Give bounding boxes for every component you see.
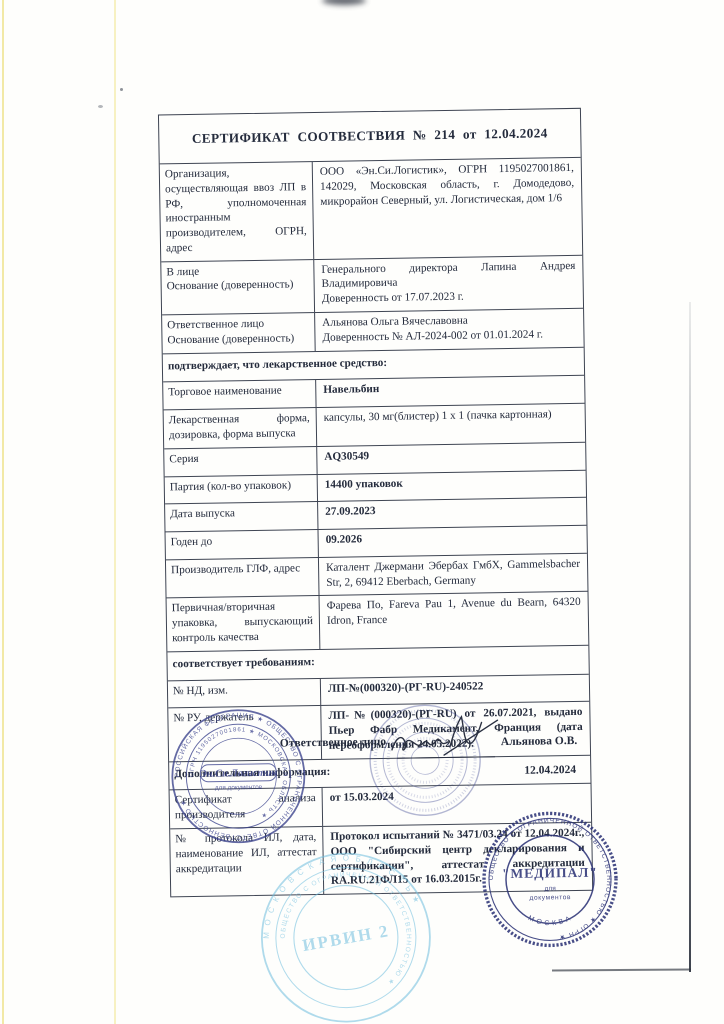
row-value: AQ30549 <box>317 443 585 474</box>
row-label: Лекарственная форма, дозировка, форма вы… <box>164 408 318 448</box>
row-value: ООО «Эн.Си.Логистик», ОГРН 1195027001861… <box>313 158 582 259</box>
table-row-in-person: В лице Основание (доверенность) Генераль… <box>161 254 583 314</box>
certificate-document: СЕРТИФИКАТ СООТВЕСТВИЯ № 214 от 12.04.20… <box>150 94 625 1024</box>
row-label: Партия (кол-во упаковок) <box>165 474 318 503</box>
row-value: Каталент Джермани Эбербах ГмбХ, Gammelsb… <box>319 554 588 596</box>
table-row-manufacturer: Производитель ГЛФ, адрес Каталент Джерма… <box>166 553 588 598</box>
scan-smudge-top <box>322 0 366 5</box>
scan-yellow-line-inner <box>114 0 116 1024</box>
table-row-organization: Организация, осуществляющая ввоз ЛП в РФ… <box>160 157 582 261</box>
row-label: Организация, осуществляющая ввоз ЛП в РФ… <box>160 162 314 261</box>
row-label: Первичная/вторичная упаковка, выпускающи… <box>167 596 321 651</box>
stamp-sub-text: для <box>544 885 556 892</box>
table-row-packaging: Первичная/вторичная упаковка, выпускающи… <box>167 591 589 651</box>
stamp-sub-text: для документов <box>215 784 263 792</box>
scanned-certificate-page: { "title": "СЕРТИФИКАТ СООТВЕСТВИЯ № 214… <box>0 0 724 1024</box>
row-value: 27.09.2023 <box>318 498 586 529</box>
paper-edge-right <box>689 302 691 972</box>
row-value: Навельбин <box>316 376 584 407</box>
scan-speck <box>120 88 123 91</box>
responsible-person-name: Альянова О.В. <box>501 735 578 748</box>
row-label: Торговое наименование <box>163 380 316 409</box>
row-value: 14400 упаковок <box>318 470 586 501</box>
row-value: 09.2026 <box>318 526 586 557</box>
medipal-stamp: ОБЩЕСТВО С ОГРАНИЧЕННОЙ ОТВЕТСТВЕННОСТЬЮ… <box>477 806 623 952</box>
responsible-person-label: Ответственное лицо <box>280 736 386 750</box>
table-row-responsible: Ответственное лицо Основание (довереннос… <box>162 308 584 353</box>
certificate-title: СЕРТИФИКАТ СООТВЕСТВИЯ № 214 от 12.04.20… <box>159 109 581 164</box>
row-value: Альянова Ольга Вячеславовна Доверенность… <box>315 309 584 351</box>
stamp-center-text: ИРВИН 2 <box>301 921 391 955</box>
row-label: Серия <box>164 447 317 476</box>
stamp-sub-text: документов <box>529 894 571 902</box>
row-value: капсулы, 30 мг(блистер) 1 х 1 (пачка кар… <box>317 404 586 446</box>
stamp-center-text: Эн.Си.Логистик <box>200 768 278 780</box>
scan-speck <box>98 105 103 108</box>
nc-logistic-stamp: РОССИЙСКАЯ ФЕДЕРАЦИЯ ★ ОБЩЕСТВО С ОГРАНИ… <box>165 703 311 849</box>
irvin-stamp: М О С К О В С К А Я О Б Л А С Т Ь ★ ОБЩЕ… <box>256 847 437 1024</box>
row-label: Дата выпуска <box>165 502 318 531</box>
scan-yellow-line-left <box>2 0 4 1024</box>
row-label: Годен до <box>166 530 319 559</box>
table-row-dosage-form: Лекарственная форма, дозировка, форма вы… <box>164 403 586 448</box>
signature-date: 12.04.2024 <box>524 764 576 777</box>
row-value: Фарева По, Fareva Pau 1, Avenue du Bearn… <box>320 592 589 649</box>
svg-text:МОСКВА: МОСКВА <box>527 914 575 928</box>
row-label: Производитель ГЛФ, адрес <box>166 558 320 598</box>
row-value: Генерального директора Лапина Андрея Вла… <box>314 255 583 312</box>
stamp-bottom-text: МОСКВА <box>527 914 575 928</box>
row-label: Ответственное лицо Основание (довереннос… <box>162 313 316 353</box>
row-label: В лице Основание (доверенность) <box>161 260 315 315</box>
stamp-center-text: "МЕДИПАЛ" <box>502 865 598 882</box>
